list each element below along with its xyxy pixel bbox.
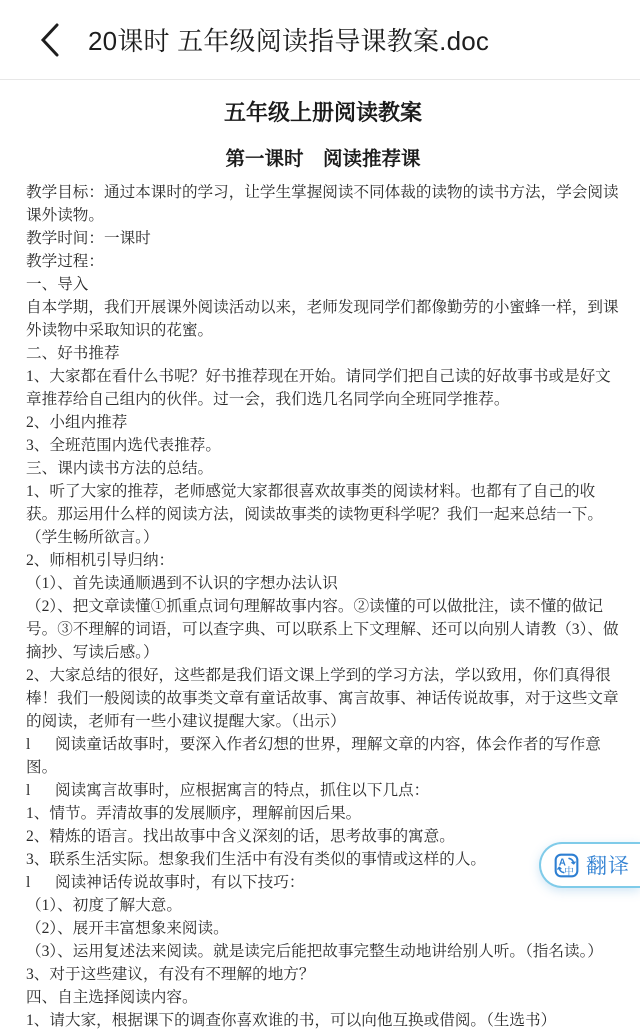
- doc-paragraph: 3、全班范围内选代表推荐。: [26, 434, 620, 457]
- doc-subtitle: 第一课时 阅读推荐课: [26, 148, 620, 172]
- doc-paragraph: 教学过程：: [26, 250, 620, 273]
- doc-paragraph: 2、小组内推荐: [26, 411, 620, 434]
- doc-paragraph: 2、大家总结的很好，这些都是我们语文课上学到的学习方法，学以致用，你们真得很棒！…: [26, 664, 620, 733]
- doc-paragraph: l阅读寓言故事时，应根据寓言的特点，抓住以下几点：: [26, 779, 620, 802]
- bullet-text: 阅读童话故事时，要深入作者幻想的世界，理解文章的内容，体会作者的写作意图。: [26, 736, 601, 776]
- doc-paragraph: 四、自主选择阅读内容。: [26, 986, 620, 1009]
- doc-paragraph: 3、联系生活实际。想象我们生活中有没有类似的事情或这样的人。: [26, 848, 620, 871]
- bullet-text: 阅读寓言故事时，应根据寓言的特点，抓住以下几点：: [55, 782, 429, 799]
- doc-paragraph: l阅读神话传说故事时，有以下技巧：: [26, 871, 620, 894]
- translate-icon: A 中: [554, 853, 579, 878]
- translate-label: 翻译: [586, 850, 630, 880]
- doc-paragraph: 2、师相机引导归纳：: [26, 549, 620, 572]
- page: { "header": { "back_icon": "chevron-left…: [0, 0, 640, 1034]
- doc-paragraph: 教学目标：通过本课时的学习，让学生掌握阅读不同体裁的读物的读书方法，学会阅读课外…: [26, 181, 620, 227]
- doc-paragraph: （2）、展开丰富想象来阅读。: [26, 917, 620, 940]
- doc-paragraph: 3、对于这些建议，有没有不理解的地方？: [26, 963, 620, 986]
- bullet-text: 阅读神话传说故事时，有以下技巧：: [55, 874, 305, 891]
- doc-paragraph: （1）、首先读通顺遇到不认识的字想办法认识: [26, 572, 620, 595]
- translate-button[interactable]: A 中 翻译: [539, 842, 640, 888]
- doc-paragraph: 三、课内读书方法的总结。: [26, 457, 620, 480]
- doc-paragraph: 自本学期，我们开展课外阅读活动以来，老师发现同学们都像勤劳的小蜜蜂一样，到课外读…: [26, 296, 620, 342]
- doc-paragraph: 二、好书推荐: [26, 342, 620, 365]
- navbar: 20课时 五年级阅读指导课教案.doc: [0, 0, 640, 80]
- svg-text:中: 中: [564, 864, 574, 877]
- doc-paragraph: （3）、运用复述法来阅读。就是读完后能把故事完整生动地讲给别人听。（指名读。）: [26, 940, 620, 963]
- doc-title: 五年级上册阅读教案: [26, 98, 620, 128]
- doc-paragraph: l阅读童话故事时，要深入作者幻想的世界，理解文章的内容，体会作者的写作意图。: [26, 733, 620, 779]
- bullet-l-marker: l: [26, 779, 55, 802]
- back-button[interactable]: [38, 18, 72, 62]
- doc-paragraph: 1、情节。弄清故事的发展顺序，理解前因后果。: [26, 802, 620, 825]
- doc-paragraphs: 教学目标：通过本课时的学习，让学生掌握阅读不同体裁的读物的读书方法，学会阅读课外…: [26, 181, 620, 1032]
- bullet-l-marker: l: [26, 871, 55, 894]
- bullet-l-marker: l: [26, 733, 55, 756]
- doc-paragraph: 1、大家都在看什么书呢？好书推荐现在开始。请同学们把自己读的好故事书或是好文章推…: [26, 365, 620, 411]
- document-viewer: 五年级上册阅读教案 第一课时 阅读推荐课 教学目标：通过本课时的学习，让学生掌握…: [0, 80, 640, 1032]
- doc-paragraph: （1）、初度了解大意。: [26, 894, 620, 917]
- chevron-left-icon: [38, 22, 62, 58]
- doc-paragraph: 教学时间：一课时: [26, 227, 620, 250]
- doc-paragraph: 1、听了大家的推荐，老师感觉大家都很喜欢故事类的阅读材料。也都有了自己的收获。那…: [26, 480, 620, 549]
- doc-paragraph: 一、导入: [26, 273, 620, 296]
- document-filename: 20课时 五年级阅读指导课教案.doc: [88, 21, 489, 58]
- doc-paragraph: 2、精炼的语言。找出故事中含义深刻的话，思考故事的寓意。: [26, 825, 620, 848]
- doc-paragraph: （2）、把文章读懂①抓重点词句理解故事内容。②读懂的可以做批注，读不懂的做记号。…: [26, 595, 620, 664]
- doc-paragraph: 1、请大家，根据课下的调查你喜欢谁的书，可以向他互换或借阅。（生选书）: [26, 1009, 620, 1032]
